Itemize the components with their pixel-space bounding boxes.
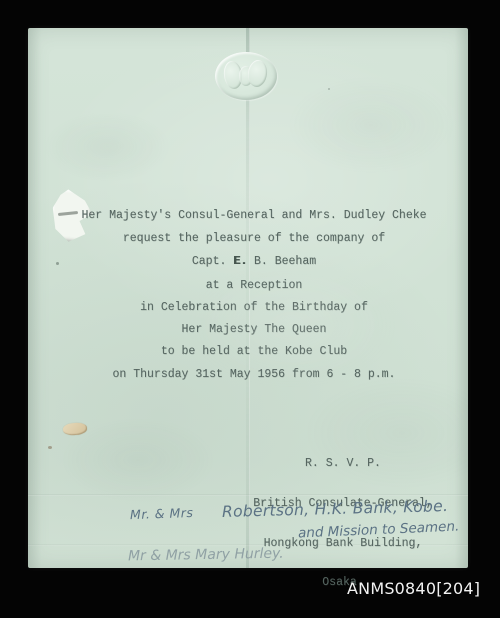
embossed-coat-of-arms-seal-icon: [215, 52, 277, 100]
archive-photo: Her Majesty's Consul-General and Mrs. Du…: [0, 0, 500, 618]
typed-line-occasion: in Celebration of the Birthday of: [28, 302, 480, 314]
guest-title: Capt.: [192, 255, 233, 268]
typed-line-honoree: Her Majesty The Queen: [28, 324, 480, 336]
guest-initial-overstruck: E.: [233, 255, 247, 268]
guest-surname: B. Beeham: [247, 255, 316, 268]
paper-speck: [328, 88, 330, 90]
typed-line-guest-name: Capt. E. B. Beeham: [28, 256, 480, 268]
paper-speck: [48, 446, 52, 449]
paper-stain: [63, 422, 88, 436]
invitation-card: Her Majesty's Consul-General and Mrs. Du…: [28, 28, 468, 568]
catalog-number-label: ANMS0840[204]: [347, 579, 480, 598]
typed-line-request: request the pleasure of the company of: [28, 233, 480, 245]
typed-line-venue: to be held at the Kobe Club: [28, 346, 480, 358]
typed-line-datetime: on Thursday 31st May 1956 from 6 - 8 p.m…: [28, 369, 480, 381]
handwritten-mr-mrs: Mr. & Mrs: [130, 505, 194, 522]
typed-line-event: at a Reception: [28, 280, 480, 292]
handwritten-hurley-note-pencil: Mr & Mrs Mary Hurley.: [128, 546, 284, 565]
rsvp-heading: R. S. V. P.: [238, 457, 448, 470]
seal-unicorn-figure: [246, 59, 268, 88]
typed-line-hosts: Her Majesty's Consul-General and Mrs. Du…: [28, 210, 480, 222]
